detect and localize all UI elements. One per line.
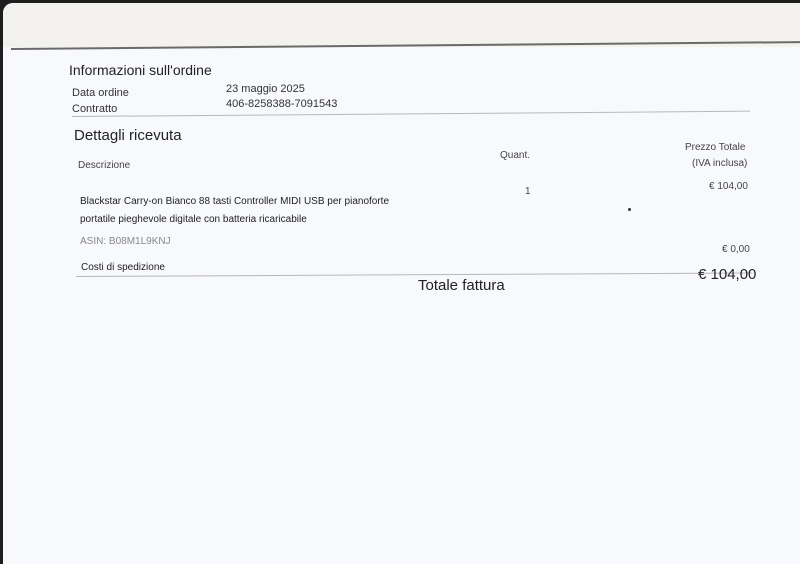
column-description: Descrizione (78, 160, 130, 171)
item-quantity: 1 (525, 186, 531, 197)
order-info-divider (72, 111, 750, 117)
order-info-title: Informazioni sull'ordine (69, 62, 212, 78)
contract-value: 406-8258388-7091543 (226, 98, 337, 110)
invoice-total-label: Totale fattura (418, 277, 505, 294)
shipping-label: Costi di spedizione (81, 262, 165, 273)
order-date-label: Data ordine (72, 87, 129, 99)
item-price: € 104,00 (709, 181, 748, 192)
order-date-value: 23 maggio 2025 (226, 83, 305, 95)
contract-label: Contratto (72, 103, 117, 115)
scan-speck (628, 208, 631, 211)
item-description-line2: portatile pieghevole digitale con batter… (80, 214, 307, 225)
item-asin: ASIN: B08M1L9KNJ (80, 236, 171, 247)
item-description-line1: Blackstar Carry-on Bianco 88 tasti Contr… (80, 196, 389, 207)
column-quantity: Quant. (500, 150, 530, 161)
column-price-line2: (IVA inclusa) (692, 158, 747, 169)
total-divider (76, 272, 752, 277)
receipt-document: Informazioni sull'ordine Data ordine 23 … (0, 0, 800, 564)
invoice-total-value: € 104,00 (698, 266, 756, 283)
receipt-details-title: Dettagli ricevuta (74, 127, 182, 144)
column-price-line1: Prezzo Totale (685, 142, 745, 153)
shipping-value: € 0,00 (722, 244, 750, 255)
